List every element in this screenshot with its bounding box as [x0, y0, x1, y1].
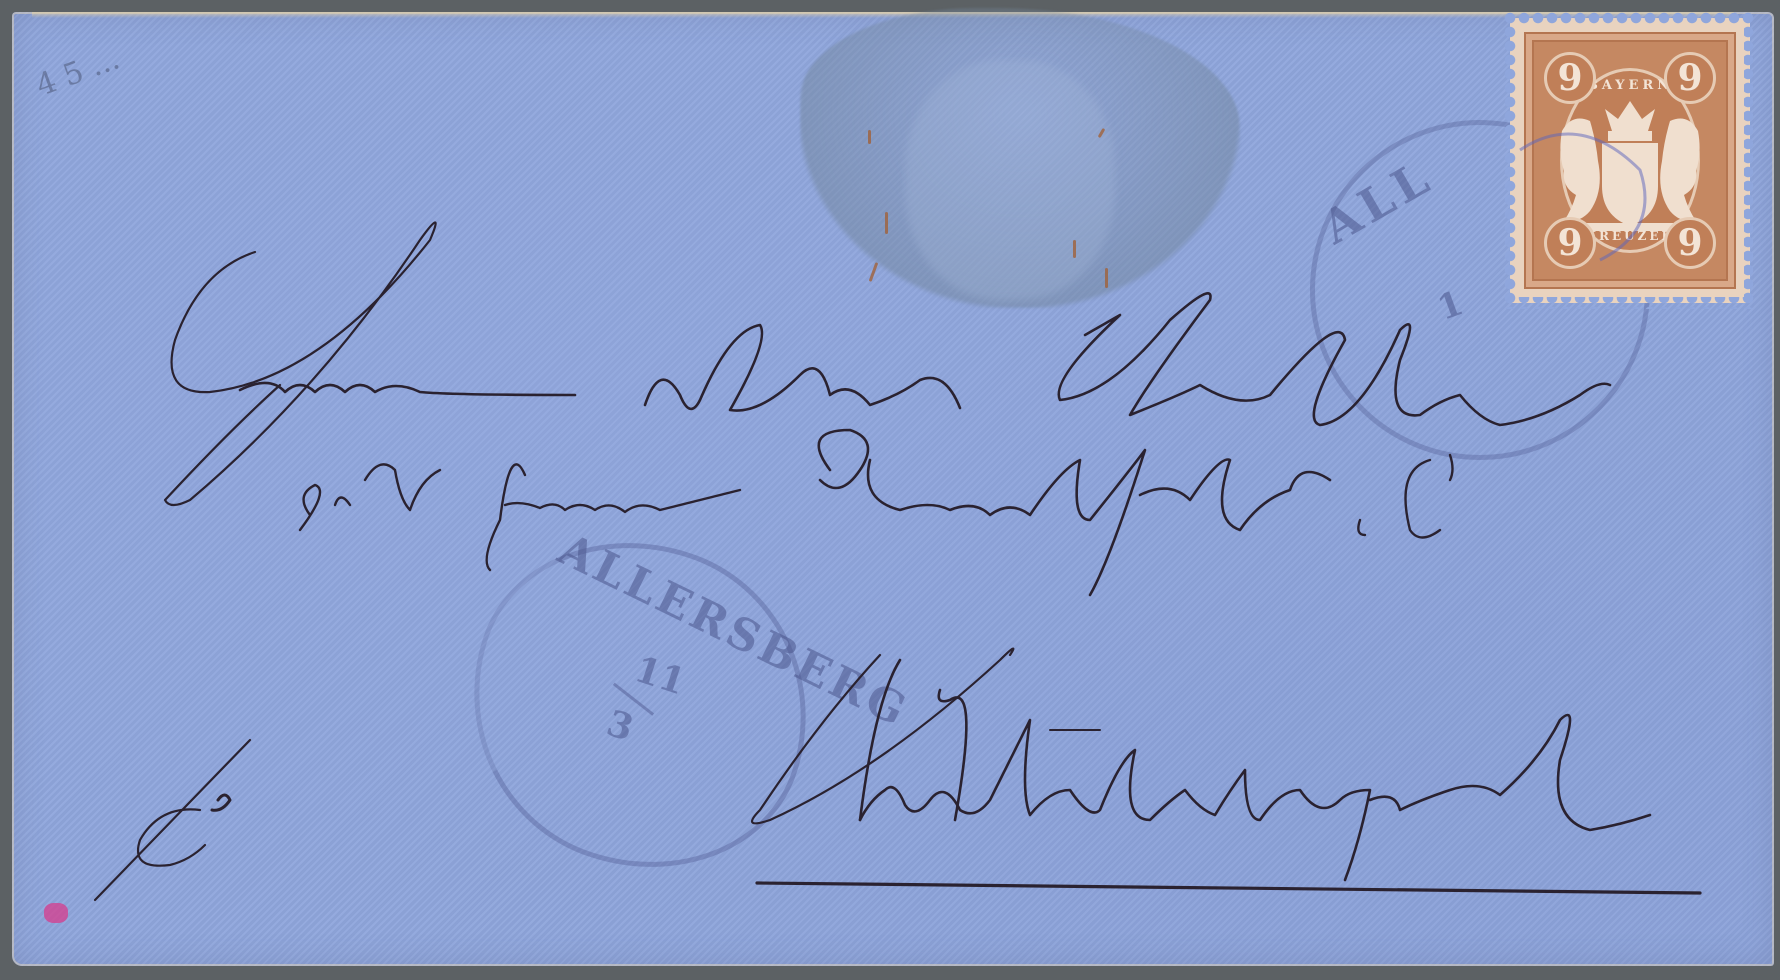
rust-spot	[1105, 268, 1108, 288]
photo-stage: 4 5 ... ALL 1 BAYERN KREUZER 9	[0, 0, 1780, 980]
pink-mark	[44, 903, 68, 923]
rust-spot	[1073, 240, 1076, 258]
rust-spot	[885, 212, 888, 234]
postmark-day: 1	[1433, 283, 1469, 329]
stamp-denomination: 9	[1544, 52, 1596, 104]
paper-edge	[32, 12, 1734, 18]
stamp-denomination: 9	[1544, 217, 1596, 269]
rust-spot	[868, 130, 871, 144]
stamp-frame: BAYERN KREUZER 9 9 9 9	[1524, 32, 1736, 289]
postmark-month: 3	[602, 702, 639, 750]
postmark-day: 11	[630, 648, 691, 703]
postage-stamp: BAYERN KREUZER 9 9 9 9	[1510, 18, 1750, 303]
water-stain-core	[905, 60, 1115, 300]
stamp-denomination: 9	[1664, 217, 1716, 269]
stamp-denomination: 9	[1664, 52, 1716, 104]
